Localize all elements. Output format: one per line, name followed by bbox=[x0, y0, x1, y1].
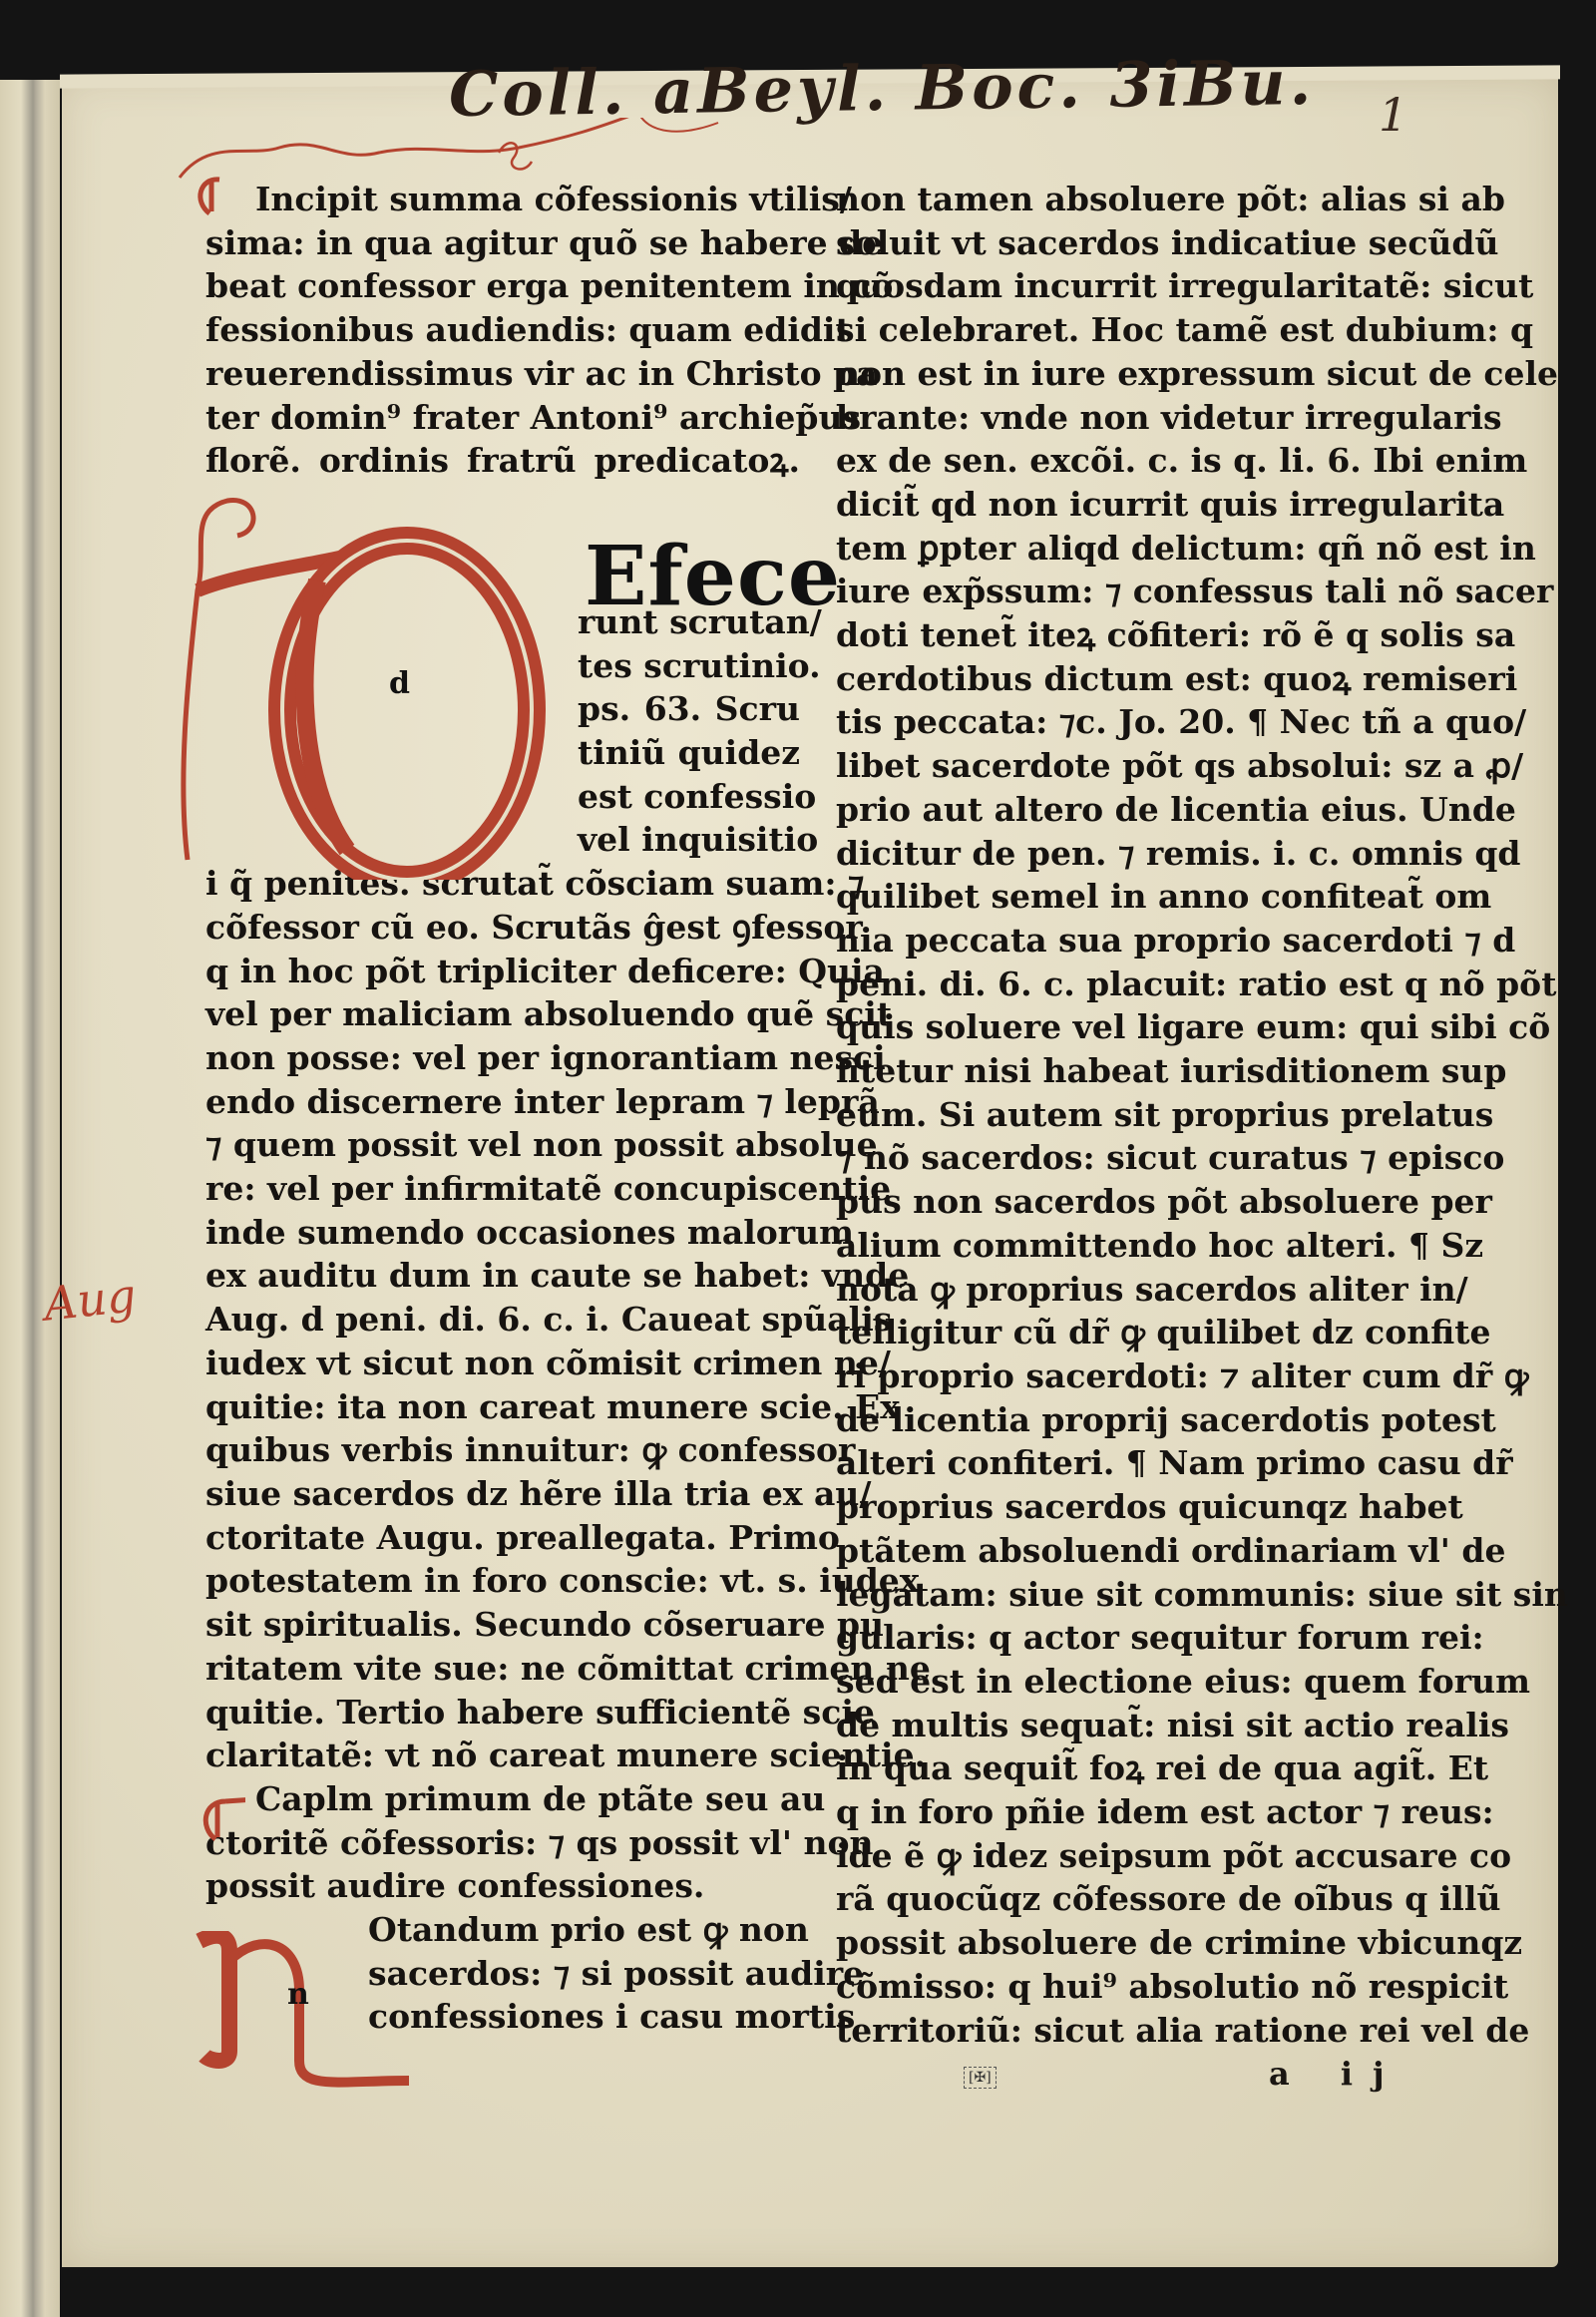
body-line: eum. Si autem sit proprius prelatus bbox=[836, 1093, 1426, 1137]
body-line: claritatẽ: vt nõ careat munere scientie. bbox=[205, 1734, 800, 1777]
chapter-heading-line: ctoritẽ cõfessoris: ⁊ qs possit vl' non bbox=[205, 1821, 800, 1865]
body-line: rã quocũqz cõfessore de oĩbus q illũ bbox=[836, 1877, 1426, 1921]
body-line: tem ꝑpter aliqd delictum: qñ nõ est in bbox=[836, 527, 1426, 571]
body-line: pus non sacerdos põt absoluere per bbox=[836, 1180, 1426, 1224]
body-line: peni. di. 6. c. placuit: ratio est q nõ … bbox=[836, 963, 1426, 1006]
body-line: ritatem vite sue: ne cõmittat crimen ne bbox=[205, 1647, 800, 1691]
body-line: ptãtem absoluendi ordinariam vl' de bbox=[836, 1529, 1426, 1573]
body-line: tis peccata: ⁊c. Jo. 20. ¶ Nec tñ a quo/ bbox=[836, 700, 1426, 744]
red-initial-d-icon bbox=[168, 481, 587, 880]
body-line: quis soluere vel ligare eum: qui sibi cõ bbox=[836, 1005, 1426, 1049]
body-line: si celebraret. Hoc tamẽ est dubium: q bbox=[836, 308, 1426, 352]
body-line: ide ẽ ꝙ idez seipsum põt accusare co bbox=[836, 1834, 1426, 1878]
body-line: de licentia proprij sacerdotis potest bbox=[836, 1398, 1426, 1442]
body-line: iudex vt sicut non cõmisit crimen ne/ bbox=[205, 1342, 800, 1385]
library-stamp: [✠] bbox=[964, 2067, 997, 2089]
body-line: prio aut altero de licentia eius. Unde bbox=[836, 788, 1426, 832]
marginal-note-aug: Aug bbox=[41, 1268, 138, 1331]
body-line: nota ꝙ proprius sacerdos aliter in/ bbox=[836, 1268, 1426, 1312]
body-line: alteri confiteri. ¶ Nam primo casu dr̃ bbox=[836, 1441, 1426, 1485]
body-line: fitetur nisi habeat iurisditionem sup bbox=[836, 1049, 1426, 1093]
body-line: sed est in electione eius: quem forum bbox=[836, 1660, 1426, 1704]
body-line: vel per maliciam absoluendo quẽ scit bbox=[205, 992, 800, 1036]
body-line: endo discernere inter lepram ⁊ leprã bbox=[205, 1080, 800, 1124]
body-line: libet sacerdote põt qs absolui: sz a ꝓ/ bbox=[836, 744, 1426, 788]
left-column: Incipit summa cõfessionis vtilis/ sima: … bbox=[205, 178, 800, 2039]
body-line: Aug. d peni. di. 6. c. i. Caueat spũalis bbox=[205, 1298, 800, 1342]
body-line: territoriũ: sicut alia ratione rei vel d… bbox=[836, 2009, 1426, 2053]
body-line: ri proprio sacerdoti: ⁊ aliter cum dr̃ ꝙ bbox=[836, 1354, 1426, 1398]
title-line: beat confessor erga penitentem in cõ bbox=[205, 264, 800, 308]
body-line: sit spiritualis. Secundo cõseruare pu bbox=[205, 1603, 800, 1647]
body-line: gularis: q actor sequitur forum rei: bbox=[836, 1616, 1426, 1660]
body-line: iure exp̃ssum: ⁊ confessus tali nõ sacer bbox=[836, 570, 1426, 613]
body-line: cõmisso: q hui⁹ absolutio nõ respicit bbox=[836, 1965, 1426, 2009]
title-line: ter domin⁹ frater Antoni⁹ archiep̃us bbox=[205, 396, 800, 440]
body-line: nia peccata sua proprio sacerdoti ⁊ d bbox=[836, 919, 1426, 963]
body-line: q in foro pñie idem est actor ⁊ reus: bbox=[836, 1790, 1426, 1834]
body-line: ⁊ nõ sacerdos: sicut curatus ⁊ episco bbox=[836, 1136, 1426, 1180]
body-line: cõfessor cũ eo. Scrutãs ĝest ꝯfessor bbox=[205, 906, 800, 950]
body-line: quitie: ita non careat munere scie. Ex bbox=[205, 1385, 800, 1429]
guide-letter-n: n bbox=[287, 1977, 309, 2012]
chapter-heading-line: Caplm primum de ptãte seu au bbox=[205, 1777, 800, 1821]
title-line: florẽ. ordinis fratrũ predicatoꝝ. bbox=[205, 439, 800, 483]
body-line: non est in iure expressum sicut de cele bbox=[836, 352, 1426, 396]
body-line: alium committendo hoc alteri. ¶ Sz bbox=[836, 1224, 1426, 1268]
body-line: proprius sacerdos quicunqz habet bbox=[836, 1485, 1426, 1529]
body-line: non tamen absoluere põt: alias si ab bbox=[836, 178, 1426, 221]
chapter-heading-line: possit audire confessiones. bbox=[205, 1864, 800, 1908]
body-line: q in hoc põt tripliciter deficere: Quia bbox=[205, 950, 800, 993]
title-line: reuerendissimus vir ac in Christo pa bbox=[205, 352, 800, 396]
title-line: fessionibus audiendis: quam edidit bbox=[205, 308, 800, 352]
body-line: re: vel per infirmitatẽ concupiscentie bbox=[205, 1167, 800, 1211]
red-pilcrow-title-icon bbox=[190, 172, 239, 221]
body-line: potestatem in foro conscie: vt. s. iudex bbox=[205, 1559, 800, 1603]
opening-word: Efece bbox=[585, 529, 841, 624]
body-line: cerdotibus dictum est: quoꝝ remiseri bbox=[836, 657, 1426, 701]
signature-mark: a ij bbox=[1269, 2055, 1404, 2093]
body-line: quitie. Tertio habere sufficientẽ scie bbox=[205, 1691, 800, 1735]
body-line: non posse: vel per ignorantiam nesci bbox=[205, 1036, 800, 1080]
body-line: soluit vt sacerdos indicatiue secũdũ bbox=[836, 221, 1426, 265]
body-line: ctoritate Augu. preallegata. Primo bbox=[205, 1516, 800, 1560]
red-initial-n-icon bbox=[190, 1931, 429, 2101]
body-line: quosdam incurrit irregularitatẽ: sicut bbox=[836, 264, 1426, 308]
folio-number: 1 bbox=[1379, 88, 1407, 142]
body-line: telligitur cũ dr̃ ꝙ quilibet dz confite bbox=[836, 1311, 1426, 1354]
body-line: doti tenet̃ iteꝝ cõfiteri: rõ ẽ q solis … bbox=[836, 613, 1426, 657]
title-line: Incipit summa cõfessionis vtilis/ bbox=[205, 178, 800, 221]
red-pilcrow-chapter-icon bbox=[196, 1795, 245, 1845]
title-line: sima: in qua agitur quõ se habere de bbox=[205, 221, 800, 265]
body-line: de multis sequat̃: nisi sit actio realis bbox=[836, 1704, 1426, 1747]
body-line: ex de sen. excõi. c. is q. li. 6. Ibi en… bbox=[836, 439, 1426, 483]
body-line: possit absoluere de crimine vbicunqz bbox=[836, 1921, 1426, 1965]
right-column: non tamen absoluere põt: alias si ab sol… bbox=[836, 178, 1426, 2052]
body-line: inde sumendo occasiones malorum bbox=[205, 1211, 800, 1255]
body-line: dicit̃ qd non icurrit quis irregularita bbox=[836, 483, 1426, 527]
body-line: legatam: siue sit communis: siue sit sin bbox=[836, 1573, 1426, 1617]
body-line: ⁊ quem possit vel non possit absolue bbox=[205, 1123, 800, 1167]
body-line: quilibet semel in anno confiteat̃ om bbox=[836, 875, 1426, 919]
body-line: siue sacerdos dz hẽre illa tria ex au/ bbox=[205, 1472, 800, 1516]
body-line: ex auditu dum in caute se habet: vnde bbox=[205, 1254, 800, 1298]
body-line: in qua sequit̃ foꝝ rei de qua agit̃. Et bbox=[836, 1746, 1426, 1790]
book-spine-edge bbox=[0, 80, 60, 2317]
guide-letter-d: d bbox=[389, 666, 410, 701]
body-line: brante: vnde non videtur irregularis bbox=[836, 396, 1426, 440]
body-line: dicitur de pen. ⁊ remis. i. c. omnis qd bbox=[836, 832, 1426, 876]
body-line: quibus verbis innuitur: ꝙ confessor bbox=[205, 1428, 800, 1472]
